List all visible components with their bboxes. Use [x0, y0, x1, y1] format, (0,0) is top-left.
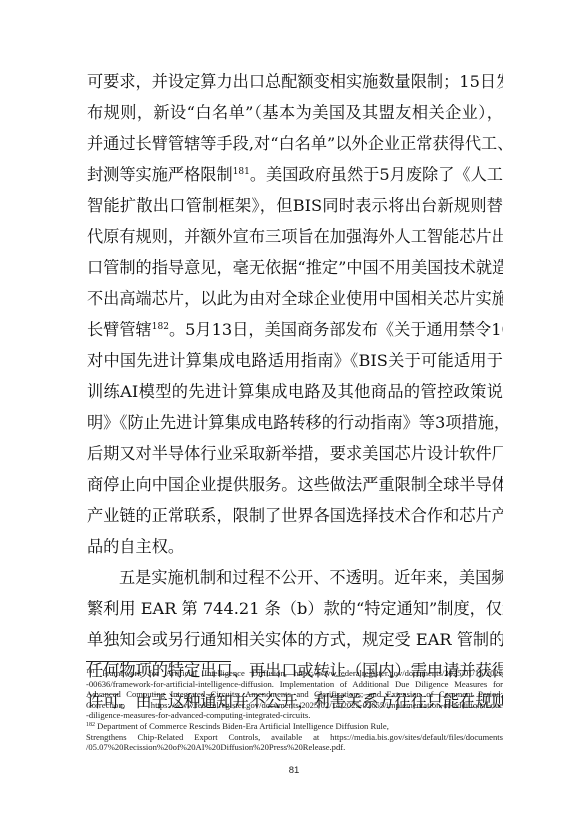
body-line: 口管制的指导意见，毫无依据“推定”中国不用美国技术就造: [87, 252, 503, 283]
body-line: 对中国先进计算集成电路适用指南》《BIS关于可能适用于: [87, 345, 503, 376]
footnote-line: Correction, https://www.federalregister.…: [86, 700, 503, 711]
body-line: 品的自主权。: [87, 531, 503, 562]
body-line: 封测等实施严格限制181。美国政府虽然于5月废除了《人工: [87, 159, 503, 190]
body-line: 商停止向中国企业提供服务。这些做法严重限制全球半导体: [87, 469, 503, 500]
body-text-segment: 后期又对半导体行业采取新举措，要求美国芯片设计软件厂: [87, 444, 503, 463]
body-text-segment: 。美国政府虽然于5月废除了《人工: [250, 165, 503, 184]
body-line: 并通过长臂管辖等手段,对“白名单”以外企业正常获得代工、: [87, 128, 503, 159]
footnote-line: Strengthens Chip-Related Export Controls…: [86, 732, 503, 743]
footnote-number: 181: [86, 669, 95, 675]
body-text-segment: 代原有规则，并额外宣布三项旨在加强海外人工智能芯片出: [87, 227, 503, 246]
body-text-segment: 封测等实施严格限制: [87, 165, 233, 184]
footnote-text: Department of Commerce Rescinds Biden-Er…: [97, 721, 389, 731]
body-text-segment: 训练AI模型的先进计算集成电路及其他商品的管控政策说: [87, 382, 503, 401]
footnote-line: 181 Framework for Artificial Intelligenc…: [86, 668, 503, 679]
body-text-segment: 可要求，并设定算力出口总配额变相实施数量限制；15日发: [87, 72, 503, 91]
footnote-line: /05.07%20Recission%20of%20AI%20Diffusion…: [86, 742, 503, 753]
body-line: 布规则，新设“白名单”（基本为美国及其盟友相关企业），: [87, 97, 503, 128]
body-text-segment: 产业链的正常联系，限制了世界各国选择技术合作和芯片产: [87, 506, 503, 525]
body-text-segment: 智能扩散出口管制框架》，但BIS同时表示将出台新规则替: [87, 196, 503, 215]
body-line: 后期又对半导体行业采取新举措，要求美国芯片设计软件厂: [87, 438, 503, 469]
body-text-segment: 明》《防止先进计算集成电路转移的行动指南》等3项措施，: [87, 413, 503, 432]
body-text-segment: 布规则，新设“白名单”（基本为美国及其盟友相关企业），: [87, 103, 503, 122]
body-text-segment: 品的自主权。: [87, 537, 184, 556]
footnote-text: /05.07%20Recission%20of%20AI%20Diffusion…: [86, 742, 345, 752]
footnote-text: Advanced Computing Integrated Circuits; …: [86, 689, 503, 699]
body-line: 训练AI模型的先进计算集成电路及其他商品的管控政策说: [87, 376, 503, 407]
body-text-segment: 口管制的指导意见，毫无依据“推定”中国不用美国技术就造: [87, 258, 503, 277]
body-line: 长臂管辖182。5月13日，美国商务部发布《关于通用禁令10: [87, 314, 503, 345]
footnote-line: 182 Department of Commerce Rescinds Bide…: [86, 721, 503, 732]
body-line: 五是实施机制和过程不公开、不透明。近年来，美国频: [87, 562, 503, 593]
body-line: 单独知会或另行通知相关实体的方式，规定受 EAR 管制的: [87, 624, 503, 655]
body-line: 智能扩散出口管制框架》，但BIS同时表示将出台新规则替: [87, 190, 503, 221]
body-line: 代原有规则，并额外宣布三项旨在加强海外人工智能芯片出: [87, 221, 503, 252]
body-line: 可要求，并设定算力出口总配额变相实施数量限制；15日发: [87, 66, 503, 97]
footnote-text: -diligence-measures-for-advanced-computi…: [86, 710, 310, 720]
body-line: 繁利用 EAR 第 744.21 条（b）款的“特定通知”制度，仅通过: [87, 593, 503, 624]
body-line: 产业链的正常联系，限制了世界各国选择技术合作和芯片产: [87, 500, 503, 531]
footnote-line: Advanced Computing Integrated Circuits; …: [86, 689, 503, 700]
footnote-line: -diligence-measures-for-advanced-computi…: [86, 710, 503, 721]
footnote-text: Strengthens Chip-Related Export Controls…: [86, 732, 503, 742]
body-line: 不出高端芯片，以此为由对全球企业使用中国相关芯片实施: [87, 283, 503, 314]
body-text-segment: 长臂管辖: [87, 320, 152, 339]
footnote-reference[interactable]: 182: [152, 322, 169, 332]
page-number: 81: [0, 765, 588, 776]
footnotes: 181 Framework for Artificial Intelligenc…: [86, 668, 503, 753]
body-text-segment: 五是实施机制和过程不公开、不透明。近年来，美国频: [119, 568, 503, 587]
body-text: 可要求，并设定算力出口总配额变相实施数量限制；15日发布规则，新设“白名单”（基…: [87, 66, 503, 717]
body-text-segment: 并通过长臂管辖等手段,对“白名单”以外企业正常获得代工、: [87, 134, 503, 153]
footnote-text: Framework for Artificial Intelligence Di…: [102, 668, 503, 678]
body-text-segment: 。5月13日，美国商务部发布《关于通用禁令10: [169, 320, 503, 339]
document-page: 可要求，并设定算力出口总配额变相实施数量限制；15日发布规则，新设“白名单”（基…: [0, 0, 588, 834]
body-text-segment: 不出高端芯片，以此为由对全球企业使用中国相关芯片实施: [87, 289, 503, 308]
footnote-number: 182: [86, 722, 95, 728]
body-text-segment: 对中国先进计算集成电路适用指南》《BIS关于可能适用于: [87, 351, 503, 370]
body-text-segment: 单独知会或另行通知相关实体的方式，规定受 EAR 管制的: [87, 630, 503, 649]
footnote-line: -00636/framework-for-artificial-intellig…: [86, 679, 503, 690]
body-text-segment: 繁利用 EAR 第 744.21 条（b）款的“特定通知”制度，仅通过: [87, 599, 503, 618]
footnote-separator: [86, 661, 231, 662]
footnote-text: -00636/framework-for-artificial-intellig…: [86, 679, 503, 689]
body-text-segment: 商停止向中国企业提供服务。这些做法严重限制全球半导体: [87, 475, 503, 494]
body-line: 明》《防止先进计算集成电路转移的行动指南》等3项措施，: [87, 407, 503, 438]
footnote-reference[interactable]: 181: [233, 167, 250, 177]
footnote-text: Correction, https://www.federalregister.…: [86, 700, 503, 710]
